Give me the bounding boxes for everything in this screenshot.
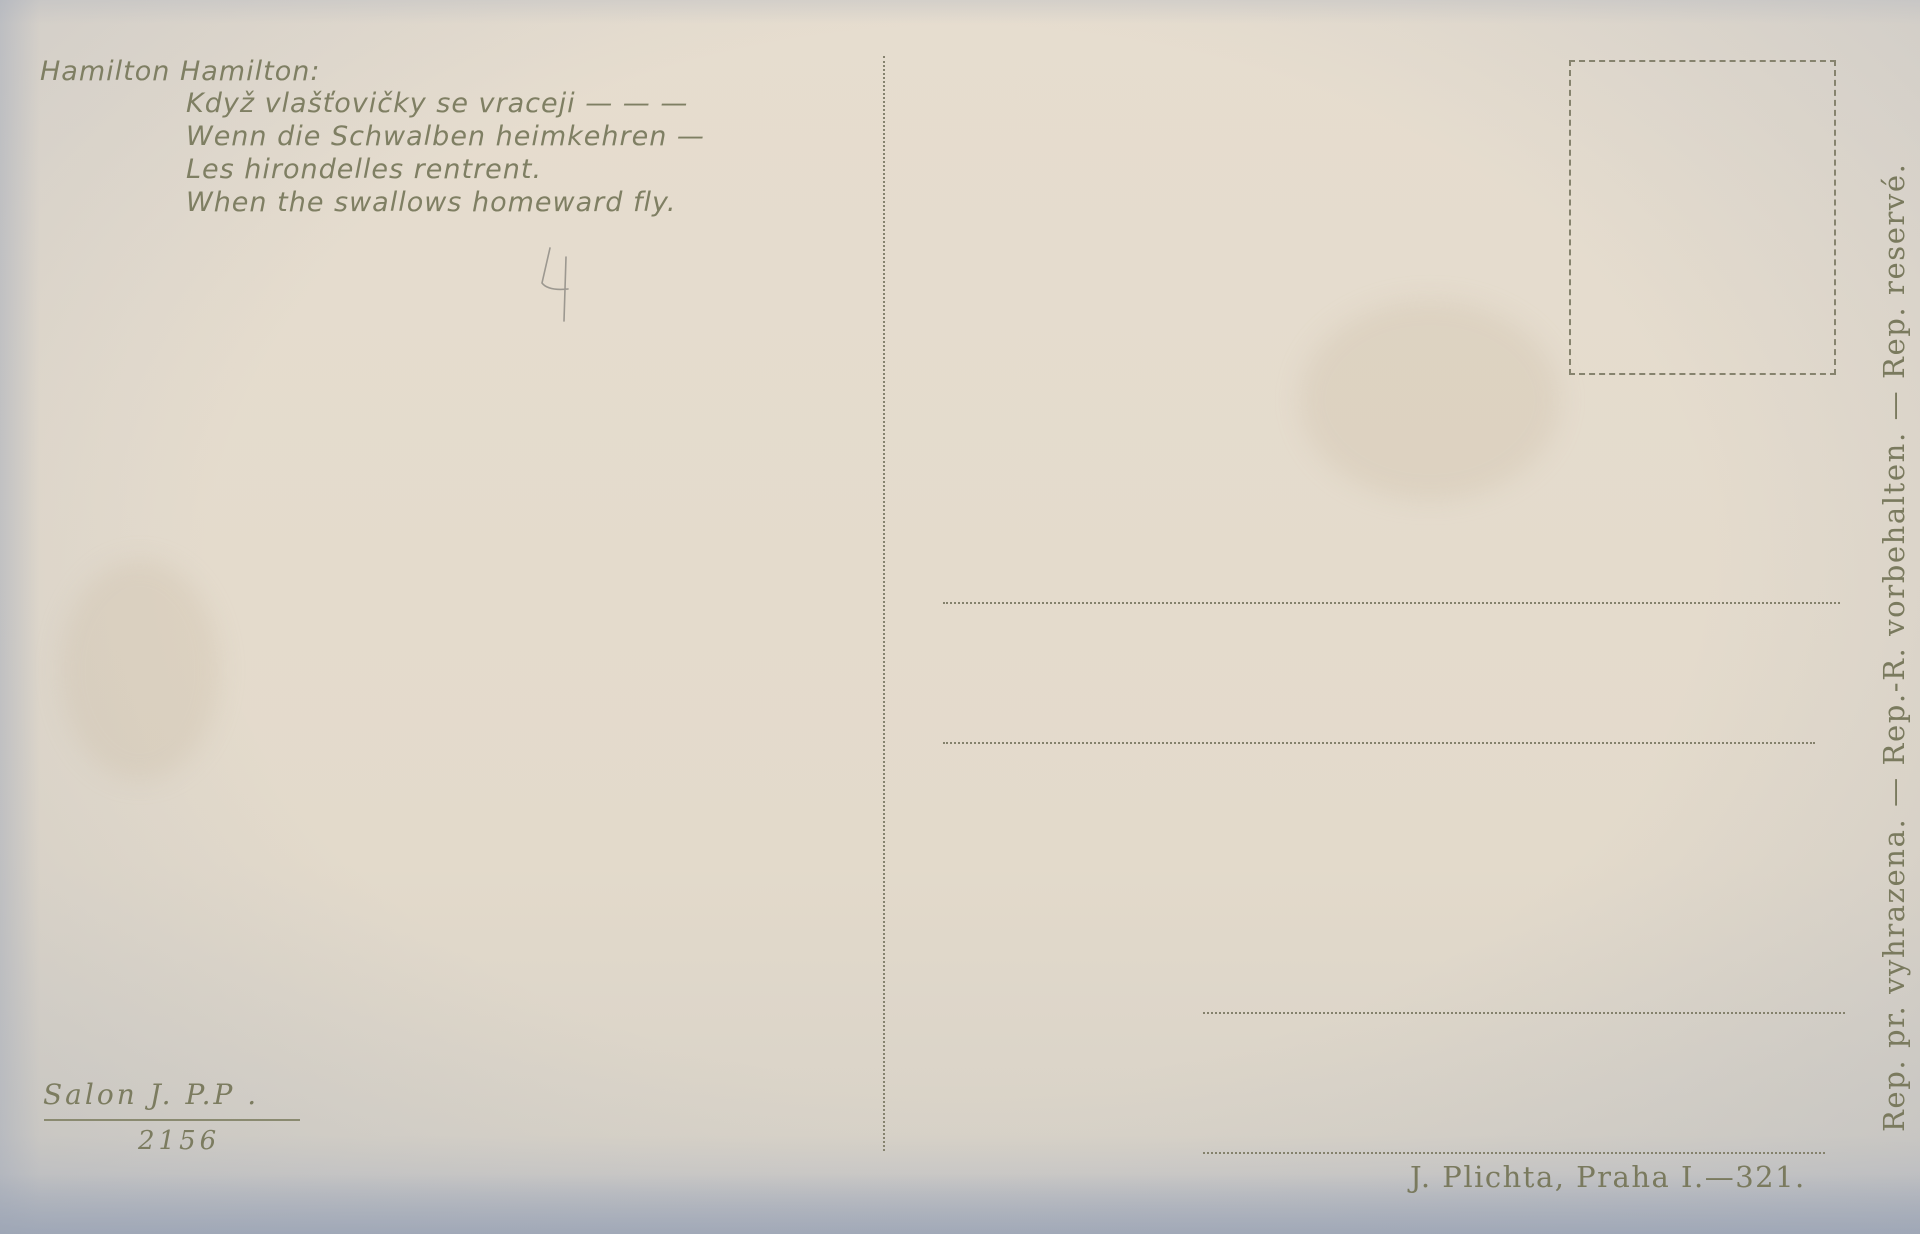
paper-edge-left xyxy=(0,0,40,1234)
stamp-box xyxy=(1569,60,1836,375)
pencil-mark-icon xyxy=(538,243,578,323)
address-line-2 xyxy=(943,742,1815,744)
salon-mark: Salon J. P.P . xyxy=(43,1078,259,1111)
salon-number: 2156 xyxy=(138,1126,220,1156)
salon-underline xyxy=(44,1119,300,1121)
paper-stain xyxy=(1300,300,1560,500)
postcard-back: Hamilton Hamilton: Když vlašťovičky se v… xyxy=(0,0,1920,1234)
publisher-imprint: J. Plichta, Praha I.—321. xyxy=(1410,1160,1806,1194)
caption-line-french: Les hirondelles rentrent. xyxy=(186,154,542,185)
address-line-3 xyxy=(1203,1012,1845,1014)
rights-notice: Rep. pr. vyhrazena. — Rep.-R. vorbehalte… xyxy=(1880,163,1909,1133)
caption-author: Hamilton Hamilton: xyxy=(40,56,320,87)
caption-line-german: Wenn die Schwalben heimkehren — xyxy=(186,121,705,152)
paper-edge-top xyxy=(0,0,1920,24)
address-line-4 xyxy=(1203,1152,1825,1154)
address-line-1 xyxy=(943,602,1840,604)
caption-line-english: When the swallows homeward fly. xyxy=(186,187,676,218)
center-divider xyxy=(883,56,885,1151)
paper-stain xyxy=(60,560,220,780)
caption-line-czech: Když vlašťovičky se vraceji — — — xyxy=(186,88,688,119)
